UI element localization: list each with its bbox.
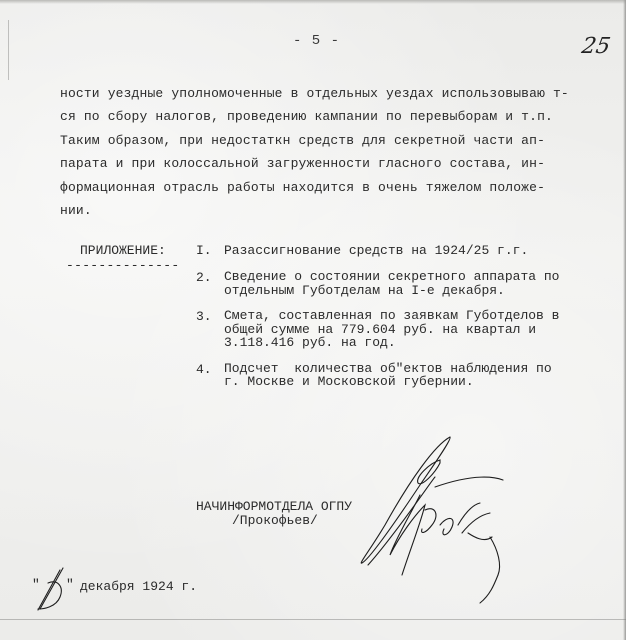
date-close-quote: " <box>66 577 74 592</box>
body-line: нии. <box>60 199 620 222</box>
page-number: - 5 - <box>293 33 340 49</box>
appendix-item-text: Подсчет количества об"ектов наблюдения п… <box>224 362 552 389</box>
paper-crease <box>8 20 9 80</box>
appendix-label: ПРИЛОЖЕНИЕ: <box>80 243 166 258</box>
paper-fold-line <box>0 619 626 620</box>
appendix-item: 2. Сведение о состоянии секретного аппар… <box>196 270 616 297</box>
appendix-item-number: 2. <box>196 270 224 297</box>
handwritten-day-icon <box>30 565 70 615</box>
appendix-item-text: Сведение о состоянии секретного аппарата… <box>224 270 559 297</box>
appendix-underline: -------------- <box>66 258 179 273</box>
signatory-title: НАЧИНФОРМОТДЕЛА ОГПУ <box>196 500 352 514</box>
body-paragraph: ности уездные уполномоченные в отдельных… <box>60 82 620 222</box>
appendix-item-number: I. <box>196 243 224 258</box>
handwritten-signature-icon <box>340 425 520 605</box>
signatory-name: /Прокофьев/ <box>232 513 318 528</box>
appendix-item-text: Разассигнование средств на 1924/25 г.г. <box>224 243 528 258</box>
body-line: ся по сбору налогов, проведению кампании… <box>60 105 620 128</box>
paper-top-edge <box>0 0 626 4</box>
body-line: ности уездные уполномоченные в отдельных… <box>60 82 620 105</box>
archive-sheet-number: 25 <box>580 34 612 59</box>
body-line: Таким образом, при недостаткн средств дл… <box>60 129 620 152</box>
date-text: декабря 1924 г. <box>80 579 197 594</box>
appendix-item: 4. Подсчет количества об"ектов наблюдени… <box>196 362 616 389</box>
appendix-item-number: 3. <box>196 309 224 350</box>
appendix-item-number: 4. <box>196 362 224 389</box>
body-line: парата и при колоссальной загруженности … <box>60 152 620 175</box>
body-line: формационная отрасль работы находится в … <box>60 176 620 199</box>
document-date: " " декабря 1924 г. <box>30 565 330 615</box>
appendix-list: I. Разассигнование средств на 1924/25 г.… <box>196 243 616 401</box>
appendix-item-text: Смета, составленная по заявкам Губотдело… <box>224 309 559 350</box>
document-page: - 5 - 25 ности уездные уполномоченные в … <box>0 0 626 640</box>
appendix-item: 3. Смета, составленная по заявкам Губотд… <box>196 309 616 350</box>
appendix-item: I. Разассигнование средств на 1924/25 г.… <box>196 243 616 258</box>
